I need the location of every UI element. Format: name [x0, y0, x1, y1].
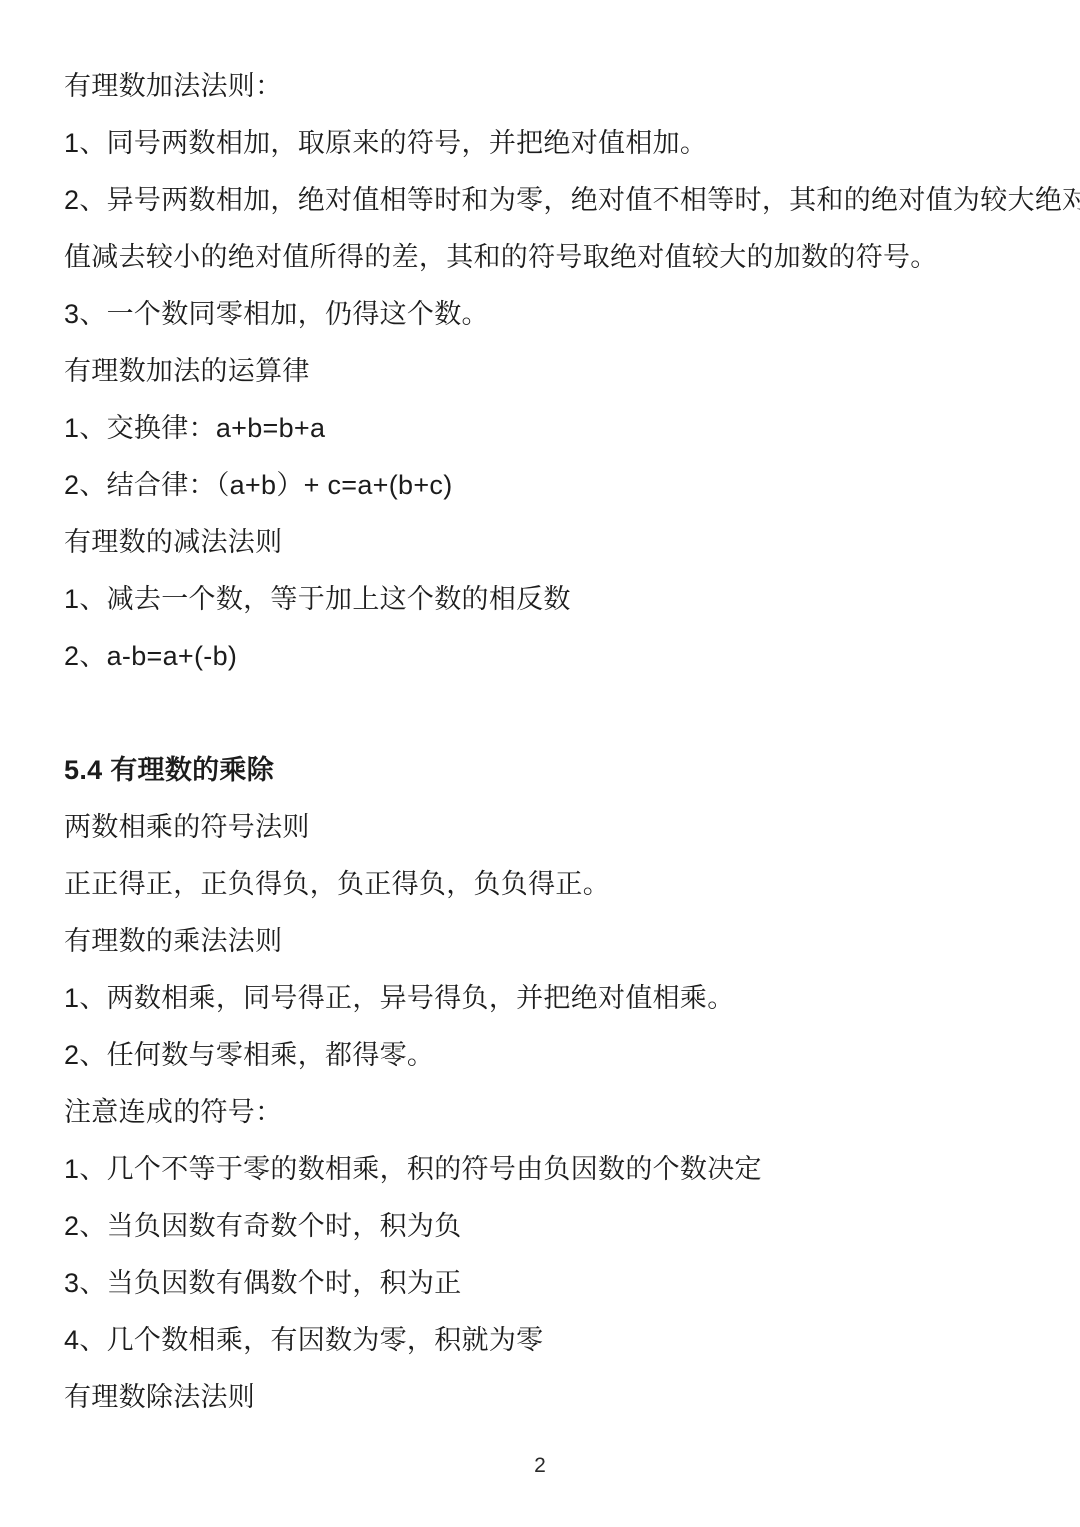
- text-line: 2、当负因数有奇数个时，积为负: [64, 1198, 1040, 1255]
- text-line: 有理数加法的运算律: [64, 343, 1040, 400]
- text-line: 值减去较小的绝对值所得的差，其和的符号取绝对值较大的加数的符号。: [64, 229, 1040, 286]
- text-line: 注意连成的符号：: [64, 1084, 1040, 1141]
- text-line: 2、异号两数相加，绝对值相等时和为零，绝对值不相等时，其和的绝对值为较大绝对: [64, 172, 1040, 229]
- text-line: 有理数的乘法法则: [64, 913, 1040, 970]
- text-line: 2、任何数与零相乘，都得零。: [64, 1027, 1040, 1084]
- page-number: 2: [534, 1454, 546, 1477]
- text-line: 1、几个不等于零的数相乘，积的符号由负因数的个数决定: [64, 1141, 1040, 1198]
- text-line: 1、交换律：a+b=b+a: [64, 400, 1040, 457]
- text-line: 3、一个数同零相加，仍得这个数。: [64, 286, 1040, 343]
- text-line: 有理数加法法则：: [64, 58, 1040, 115]
- text-line: 4、几个数相乘，有因数为零，积就为零: [64, 1312, 1040, 1369]
- text-line: 1、两数相乘，同号得正，异号得负，并把绝对值相乘。: [64, 970, 1040, 1027]
- page-footer: 2: [0, 1446, 1080, 1486]
- text-line: 有理数除法法则: [64, 1369, 1040, 1426]
- text-line: 2、结合律：（a+b）+ c=a+(b+c): [64, 457, 1040, 514]
- document-body: 有理数加法法则：1、同号两数相加，取原来的符号，并把绝对值相加。2、异号两数相加…: [0, 0, 1080, 1426]
- text-line: 3、当负因数有偶数个时，积为正: [64, 1255, 1040, 1312]
- document-page: 有理数加法法则：1、同号两数相加，取原来的符号，并把绝对值相加。2、异号两数相加…: [0, 0, 1080, 1527]
- text-line: 正正得正，正负得负，负正得负，负负得正。: [64, 856, 1040, 913]
- text-line: 有理数的减法法则: [64, 514, 1040, 571]
- text-line: 1、减去一个数，等于加上这个数的相反数: [64, 571, 1040, 628]
- text-line: 2、a-b=a+(-b): [64, 628, 1040, 685]
- text-line: 两数相乘的符号法则: [64, 799, 1040, 856]
- text-line: 1、同号两数相加，取原来的符号，并把绝对值相加。: [64, 115, 1040, 172]
- section-heading: 5.4 有理数的乘除: [64, 742, 1040, 799]
